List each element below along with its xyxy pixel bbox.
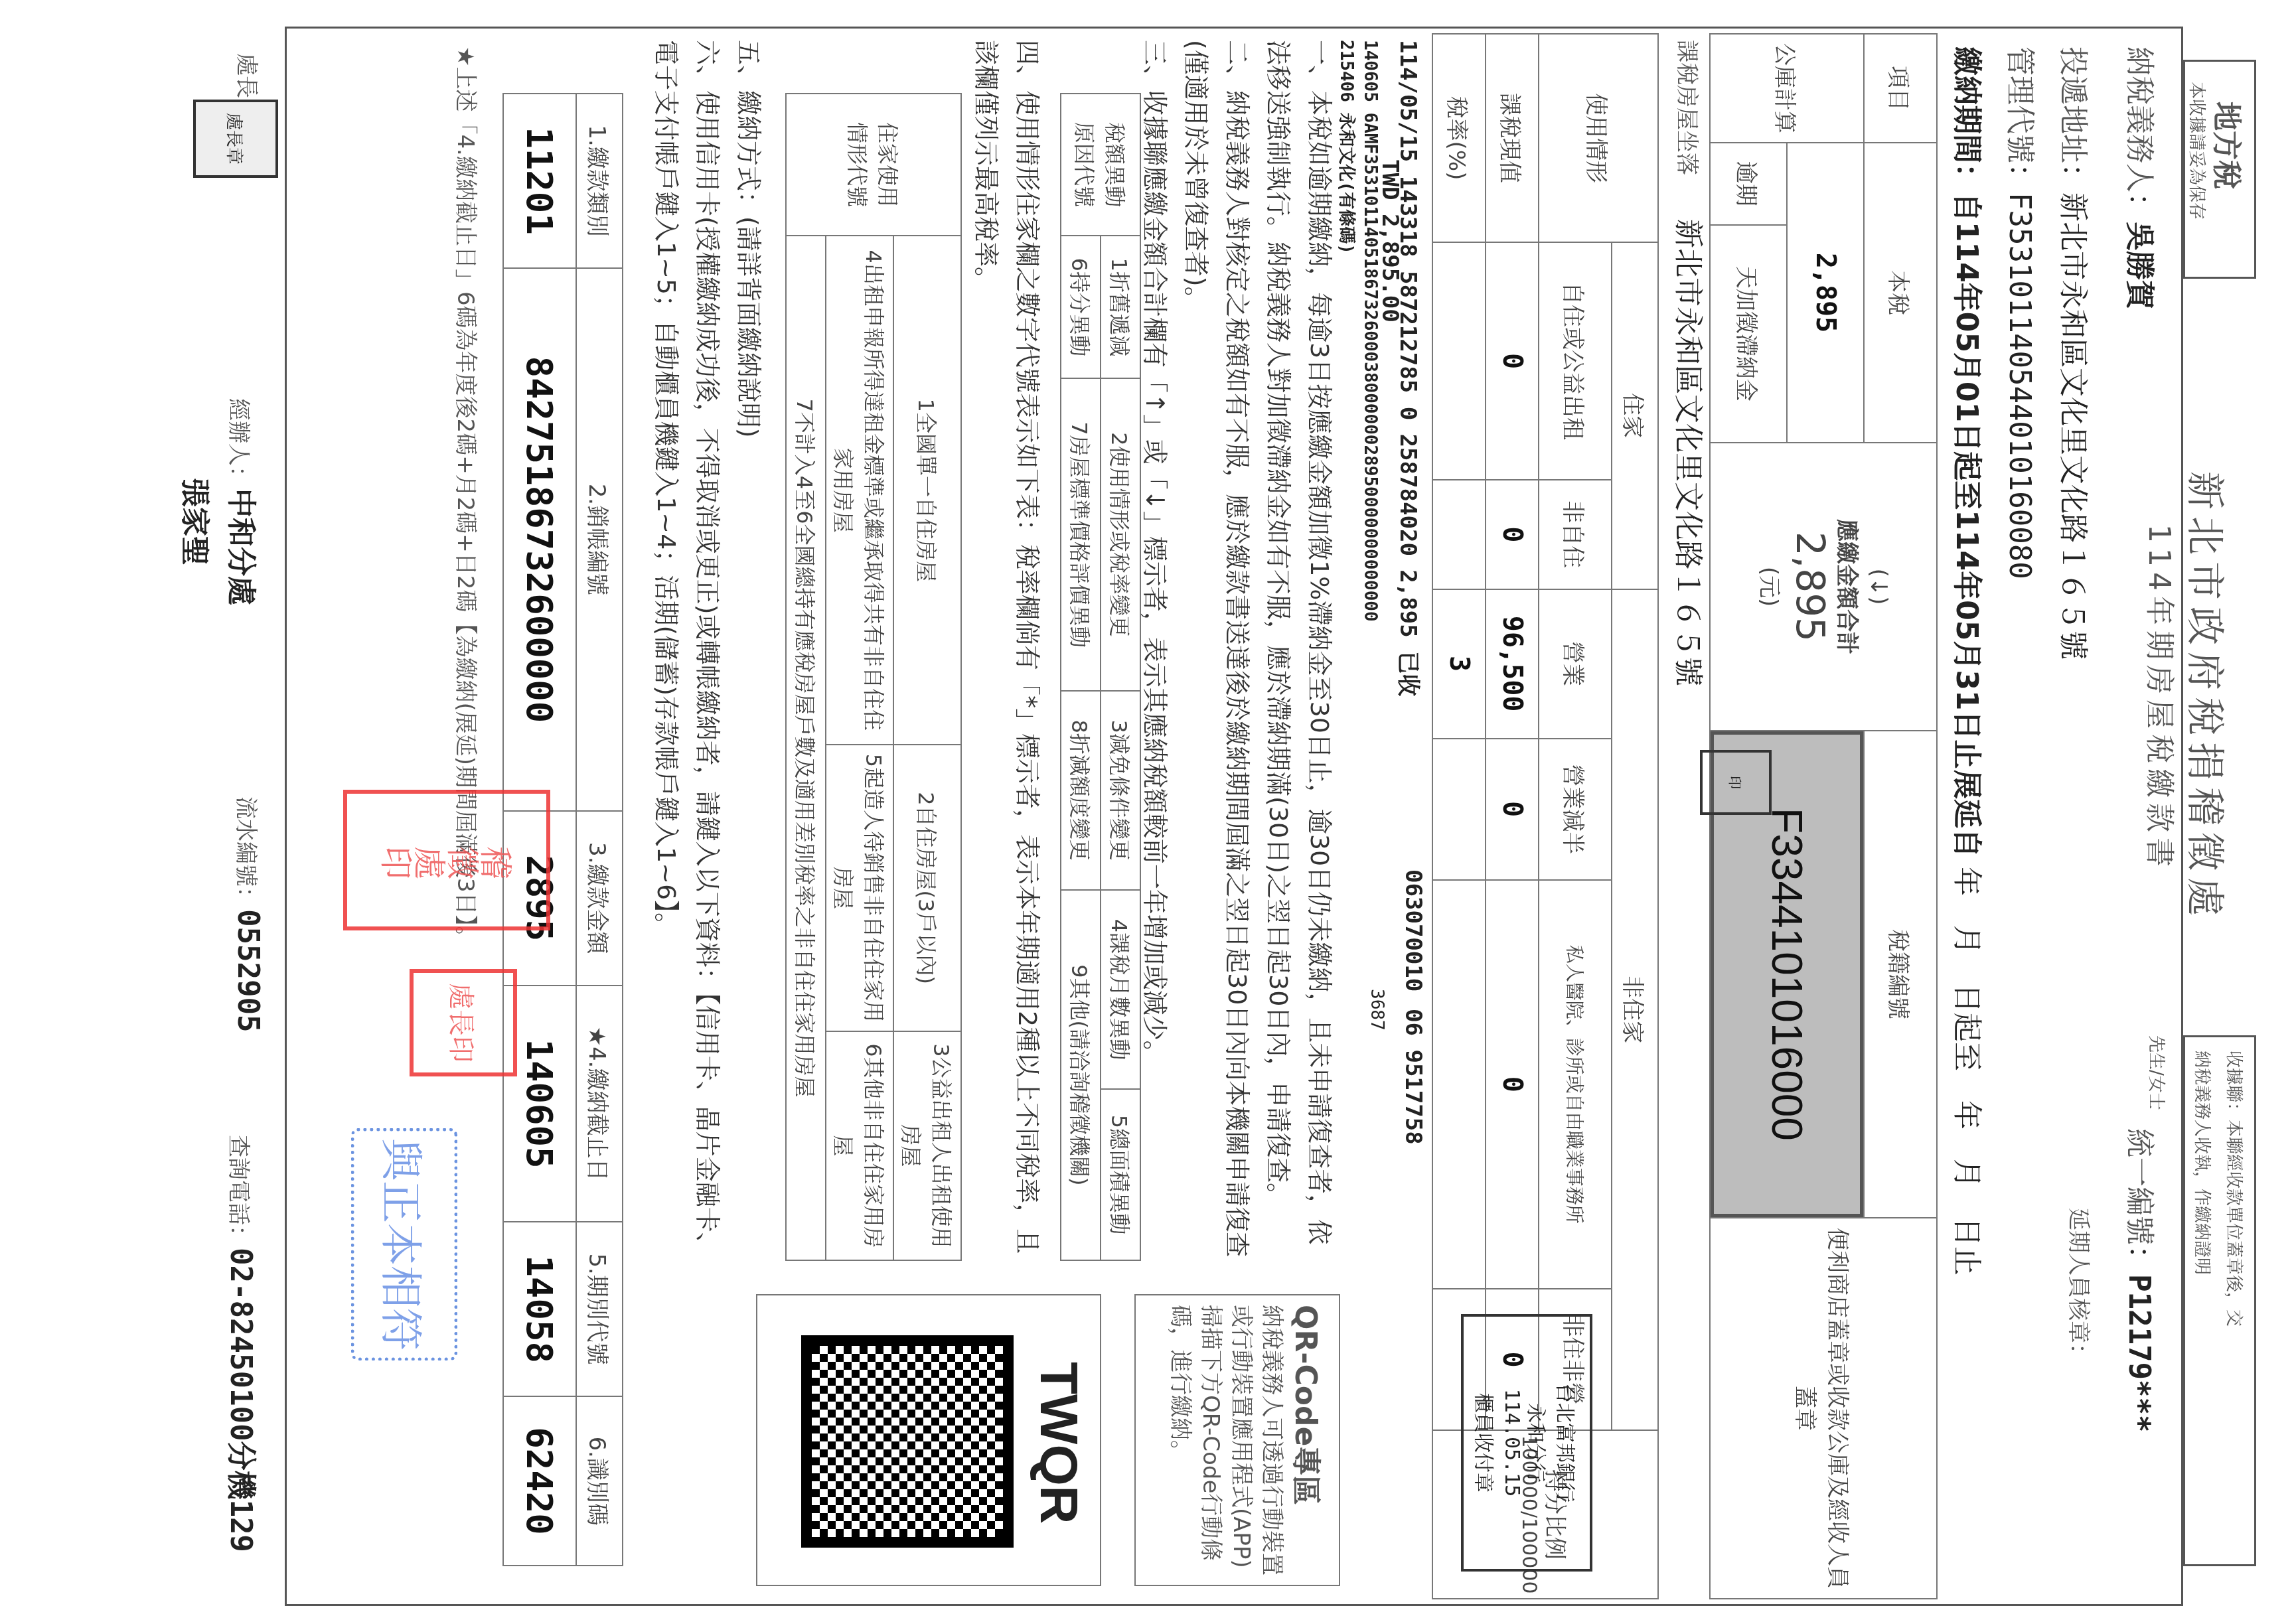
total-cell: (↓) 應繳金額合計 2,895 (元)	[1710, 443, 1937, 731]
principal-label-cell: 本稅	[1864, 143, 1937, 443]
payment-code-header: 2.銷帳編號	[576, 268, 623, 810]
period-value: 自114年05月01日起至114年05月31日止	[1950, 192, 1983, 769]
total-unit: (元)	[1755, 447, 1788, 726]
phone-label: 查詢電話：	[225, 1135, 252, 1248]
usage-code: 4出租申報所得達租金標準或繼承取得共有非自住住家用房屋	[826, 236, 893, 745]
serial-row: 流水編號：0552905	[231, 796, 265, 1032]
handler-label: 經辦人：	[225, 398, 252, 488]
tax-rate: 3	[1432, 589, 1486, 739]
bank-teller-stamp: 台北富邦銀行 永和分行 114.05.15 櫃員收付章	[1461, 1314, 1592, 1572]
treasury-label: 公庫計算	[1710, 34, 1864, 143]
tax-no-label-cell: 稅籍編號	[1864, 731, 1937, 1218]
location-value: 新北市永和區文化里文化路１６５號	[1669, 219, 1712, 686]
bank-stamp-date: 114.05.15	[1501, 1389, 1524, 1497]
director-seal: 處長章	[193, 100, 278, 178]
note-4: 四、使用情形住家欄之數字代號表示如下表：稅率欄倘有「*」標示者，表示本年期適用2…	[966, 40, 1048, 1268]
handler-name: 張家聖	[176, 478, 218, 565]
notes-block-2: 四、使用情形住家欄之數字代號表示如下表：稅率欄倘有「*」標示者，表示本年期適用2…	[966, 40, 1048, 1268]
usage-col-0: 自住或公益出租	[1539, 242, 1612, 480]
usage-code: 2自住房屋(3戶以內)	[893, 745, 961, 1031]
late-fee-label: 天加徵滯納金	[1710, 225, 1787, 443]
tax-rate	[1432, 480, 1486, 589]
document-title: 新北市政府稅捐稽徵處	[2181, 471, 2236, 922]
change-header-1: 稅額異動	[1101, 98, 1131, 231]
taxable-value: 0	[1486, 242, 1539, 480]
overdue-label: 逾期	[1710, 143, 1787, 225]
total-label: 應繳金額合計	[1833, 447, 1865, 726]
printout-line-2: TWD 2,895.00	[1377, 159, 1403, 323]
receipt-note-2: 納稅義務人收執，作繳納證明	[2191, 1051, 2216, 1275]
red-office-seal: 稽徵處印	[343, 790, 550, 930]
payment-code-header: 5.期別代號	[576, 1222, 623, 1396]
printout-terminal-2: 06 9517758	[1400, 1009, 1426, 1145]
bank-stamp-teller: 櫃員收付章	[1472, 1393, 1501, 1493]
location-label: 課稅房屋坐落	[1673, 40, 1705, 175]
principal-value: 2,895	[1787, 143, 1864, 443]
phone-row: 查詢電話：02-82450100分機129	[222, 1135, 265, 1552]
tax-amount-table: 項目 本稅 (↓) 應繳金額合計 2,895 (元) 稅籍編號 便利商店蓋章或收…	[1709, 33, 1938, 1599]
extension-label: 展延自	[1950, 770, 1983, 857]
address-label: 投遞地址	[2056, 46, 2090, 163]
corner-box: 地方稅 本收據請妥為保存	[2183, 60, 2256, 279]
qr-title: QR-Code專區	[1287, 1305, 1330, 1576]
printout-line-1: 114/05/15 143318 587212785 0 258784020 2…	[1394, 40, 1426, 696]
usage-code: 5起造人待銷售非自住住家用房屋	[826, 745, 893, 1031]
usage-col-3: 營業減半	[1539, 739, 1612, 880]
change-code: 9其他(請洽詢稽徵機關)	[1061, 890, 1101, 1260]
period-row: 繳納期間：自114年05月01日起至114年05月31日止	[1948, 46, 1991, 769]
total-value: 2,895	[1788, 447, 1833, 726]
taxpayer-id-row: 統一編號：P12179***	[2121, 1128, 2163, 1432]
change-code: 5總面積異動	[1101, 1089, 1140, 1260]
taxable-value: 0	[1486, 739, 1539, 880]
receive-stamp-cell: 便利商店蓋章或收款公庫及經收人員蓋章	[1710, 1218, 1937, 1599]
tax-rate	[1432, 242, 1486, 480]
change-code: 6持分異動	[1061, 236, 1101, 378]
payment-code-header: ★4.繳納截止日	[576, 986, 623, 1222]
twqr-logo: TWQR	[1028, 1362, 1089, 1524]
taxable-value: 96,500	[1486, 589, 1539, 739]
taxable-value: 0	[1486, 880, 1539, 1289]
identifier-value: 62420	[503, 1396, 576, 1566]
address-value: 新北市永和區文化里文化路１６５號	[2056, 192, 2090, 660]
phone-value: 02-82450100分機129	[224, 1248, 258, 1552]
note-6: 六、使用信用卡(授權繳納成功後，不得取消或更正)或轉帳繳納者，請鍵入以下資料：【…	[646, 40, 728, 1268]
usage-code-table: 住家使用情形代號 1全國單一自住房屋 2自住房屋(3戶以內) 3公益出租人出租使…	[785, 93, 962, 1261]
taxpayer-name-label: 納稅義務人	[2122, 46, 2156, 192]
usage-code-header-1: 住家使用	[874, 98, 904, 231]
total-arrow: (↓)	[1865, 447, 1892, 726]
account-number-value: 84275186732600000	[503, 268, 576, 810]
tax-rate	[1432, 739, 1486, 880]
qr-code-icon[interactable]	[801, 1335, 1014, 1548]
taxable-value-label: 課稅現值	[1486, 34, 1539, 242]
mgmt-code-row: 管理代號：F353101140544010160080	[2001, 46, 2044, 579]
payment-code-header: 1.繳款類別	[576, 94, 623, 268]
note-5: 五、繳納方式：(請詳背面繳納說明)	[728, 40, 769, 1268]
item-label: 項目	[1864, 34, 1937, 143]
taxpayer-name: 吳勝賀	[2122, 222, 2156, 309]
note-2: 二、納稅義務人對核定之稅額如有不服，應於繳款書送達後於繳納期間屆滿之翌日起30日…	[1176, 40, 1258, 1268]
corner-label: 地方稅	[2208, 102, 2250, 189]
usage-col-2: 營業	[1539, 589, 1612, 739]
bank-stamp-bank: 台北富邦銀行	[1553, 1383, 1582, 1503]
change-code: 7房屋標準價格評價異動	[1061, 378, 1101, 690]
mgmt-code-value: F353101140544010160080	[2003, 192, 2036, 579]
usage-code: 3公益出租人出租使用房屋	[893, 1031, 961, 1260]
handler-row: 經辦人：中和分處	[222, 398, 265, 605]
taxpayer-name-row: 納稅義務人：吳勝賀	[2121, 46, 2163, 309]
corner-sub: 本收據請妥為保存	[2186, 82, 2210, 220]
certified-copy-stamp: 與正本相符	[351, 1128, 457, 1360]
received-seal: 印	[1700, 750, 1772, 815]
change-code: 8折減額度變更	[1061, 691, 1101, 890]
title-suffix: 先生/女士	[2145, 1035, 2170, 1110]
qr-code-box: TWQR	[756, 1294, 1101, 1586]
printout-terminal-1: 063070010	[1400, 869, 1426, 991]
taxpayer-id: P12179***	[2122, 1274, 2156, 1432]
change-code: 3減免條件變更	[1101, 691, 1140, 890]
usage-code-header-2: 情形代號	[843, 98, 874, 231]
receipt-note-box: 收據聯：本聯經收款單位蓋章後，交 納稅義務人收執，作繳納證明	[2183, 1035, 2256, 1566]
serial-label: 流水編號：	[232, 796, 259, 909]
period-label: 繳納期間	[1950, 46, 1983, 163]
change-header-2: 原因代號	[1070, 98, 1101, 231]
bank-stamp-branch: 永和分行	[1524, 1403, 1553, 1483]
change-code: 2使用情形或稅率變更	[1101, 378, 1140, 690]
qr-text: 納稅義務人可透過行動裝置或行動裝置應用程式(APP)掃描下方QR-Code行動條…	[1165, 1305, 1287, 1576]
residential-label: 住家	[1612, 242, 1658, 589]
usage-code: 1全國單一自住房屋	[893, 236, 961, 745]
notes-block-3: 五、繳納方式：(請詳背面繳納說明) 六、使用信用卡(授權繳納成功後，不得取消或更…	[646, 40, 769, 1268]
printout-line-3: 140605 6AMF35310114051867326000380000002…	[1360, 40, 1380, 622]
note-1: 一、本稅如逾期繳納，每逾3日按應繳金額加徵1%滯納金至30日止，逾30日仍未繳納…	[1258, 40, 1340, 1268]
handler-office: 中和分處	[224, 488, 258, 605]
qr-info-box: QR-Code專區 納稅義務人可透過行動裝置或行動裝置應用程式(APP)掃描下方…	[1134, 1294, 1340, 1586]
usage-col-1: 非自住	[1539, 480, 1612, 589]
tax-rate	[1432, 880, 1486, 1289]
payment-category-value: 11201	[503, 94, 576, 268]
tax-notice-page: 地方稅 本收據請妥為保存 新北市政府稅捐稽徵處 114年期房屋稅繳款書 收據聯：…	[0, 0, 2296, 1614]
usage-code: 7不計入4至6全國總持有應稅房屋戶數及適用差別稅率之非自住住家用房屋	[786, 236, 826, 1260]
mgmt-code-label: 管理代號	[2003, 46, 2036, 163]
printout-overdue-code: 3687	[1367, 989, 1387, 1031]
tax-rate-label: 稅率(%)	[1432, 34, 1486, 242]
extension-check-label: 延期人員核章：	[2064, 1208, 2097, 1366]
serial-value: 0552905	[231, 909, 265, 1032]
taxpayer-id-label: 統一編號	[2122, 1128, 2156, 1245]
red-director-seal: 處長印	[410, 969, 517, 1076]
taxable-value: 0	[1486, 480, 1539, 589]
notes-block: 一、本稅如逾期繳納，每逾3日按應繳金額加徵1%滯納金至30日止，逾30日仍未繳納…	[1134, 40, 1340, 1268]
payment-code-header: 3.繳款金額	[576, 811, 623, 986]
extension-row: 展延自 年 月 日起至 年 月 日止	[1948, 770, 1991, 1276]
change-code-table: 稅額異動原因代號 1折舊遞減 2使用情形或稅率變更 3減免條件變更 4課稅月數異…	[1060, 93, 1141, 1261]
non-residential-label: 非住家	[1612, 589, 1658, 1430]
address-row: 投遞地址：新北市永和區文化里文化路１６５號	[2054, 46, 2097, 660]
usage-code: 6其他非自住住家用房屋	[826, 1031, 893, 1260]
period-code-value: 14058	[503, 1222, 576, 1396]
extension-value: 年 月 日起至 年 月 日止	[1950, 867, 1983, 1276]
change-code: 1折舊遞減	[1101, 236, 1140, 378]
receipt-note-1: 收據聯：本聯經收款單位蓋章後，交	[2223, 1051, 2248, 1327]
change-code: 4課稅月數異動	[1101, 890, 1140, 1089]
usage-col-4: 私人醫院、診所或自由職業事務所	[1539, 880, 1612, 1289]
usage-label: 使用情形	[1539, 34, 1658, 242]
payment-code-header: 6.識別碼	[576, 1396, 623, 1566]
